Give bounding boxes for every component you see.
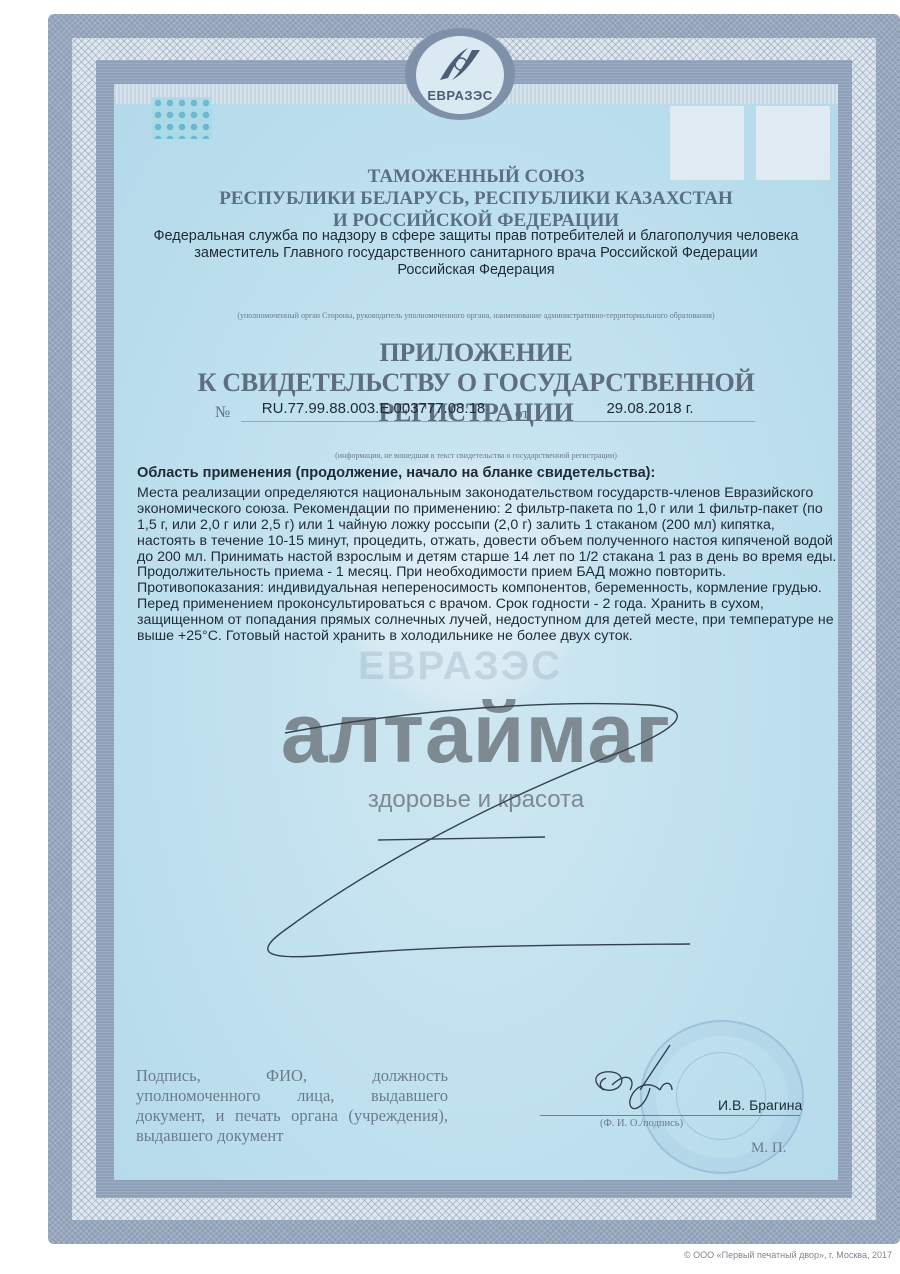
watermark-emblem-text: ЕВРАЗЭС [350, 644, 570, 689]
signature-caption: Подпись, ФИО, должность уполномоченного … [136, 1066, 448, 1146]
title-line-1: ПРИЛОЖЕНИЕ [114, 338, 838, 368]
fio-caption: (Ф. И. О./подпись) [600, 1118, 683, 1129]
union-line-2: РЕСПУБЛИКИ БЕЛАРУСЬ, РЕСПУБЛИКИ КАЗАХСТА… [114, 188, 838, 210]
authority-block: Федеральная служба по надзору в сфере за… [114, 228, 838, 279]
brand-watermark: алтаймаг [114, 688, 838, 778]
authority-line-2: заместитель Главного государственного са… [114, 245, 838, 262]
scope-section: Область применения (продолжение, начало … [137, 466, 837, 645]
official-seal-inner [676, 1052, 766, 1140]
eurasec-emblem-icon [438, 44, 482, 84]
registration-date: 29.08.2018 г. [545, 400, 755, 422]
authority-caption: (уполномоченный орган Стороны, руководит… [114, 311, 838, 320]
authority-line-3: Российская Федерация [114, 262, 838, 279]
scope-text: Места реализации определяются национальн… [137, 486, 837, 645]
union-line-1: ТАМОЖЕННЫЙ СОЮЗ [114, 166, 838, 188]
registration-line: № RU.77.99.88.003.E.003777.08.18 от 29.0… [215, 400, 755, 424]
printer-copyright: © ООО «Первый печатный двор», г. Москва,… [684, 1250, 892, 1260]
brand-tagline: здоровье и красота [114, 786, 838, 814]
number-label: № [215, 404, 230, 422]
eurasec-emblem: ЕВРАЗЭС [400, 20, 520, 130]
signer-name: И.В. Брагина [718, 1097, 802, 1113]
registration-caption: (информация, не вошедшая в текст свидете… [114, 451, 838, 460]
scope-title: Область применения (продолжение, начало … [137, 466, 837, 482]
signature-line [540, 1115, 800, 1116]
seal-label: М. П. [751, 1140, 786, 1157]
emblem-text: ЕВРАЗЭС [400, 88, 520, 103]
security-hologram-pattern [152, 97, 212, 139]
date-label: от [515, 406, 529, 423]
authority-line-1: Федеральная служба по надзору в сфере за… [114, 228, 838, 245]
registration-number: RU.77.99.88.003.E.003777.08.18 [241, 400, 506, 422]
customs-union-heading: ТАМОЖЕННЫЙ СОЮЗ РЕСПУБЛИКИ БЕЛАРУСЬ, РЕС… [114, 166, 838, 232]
